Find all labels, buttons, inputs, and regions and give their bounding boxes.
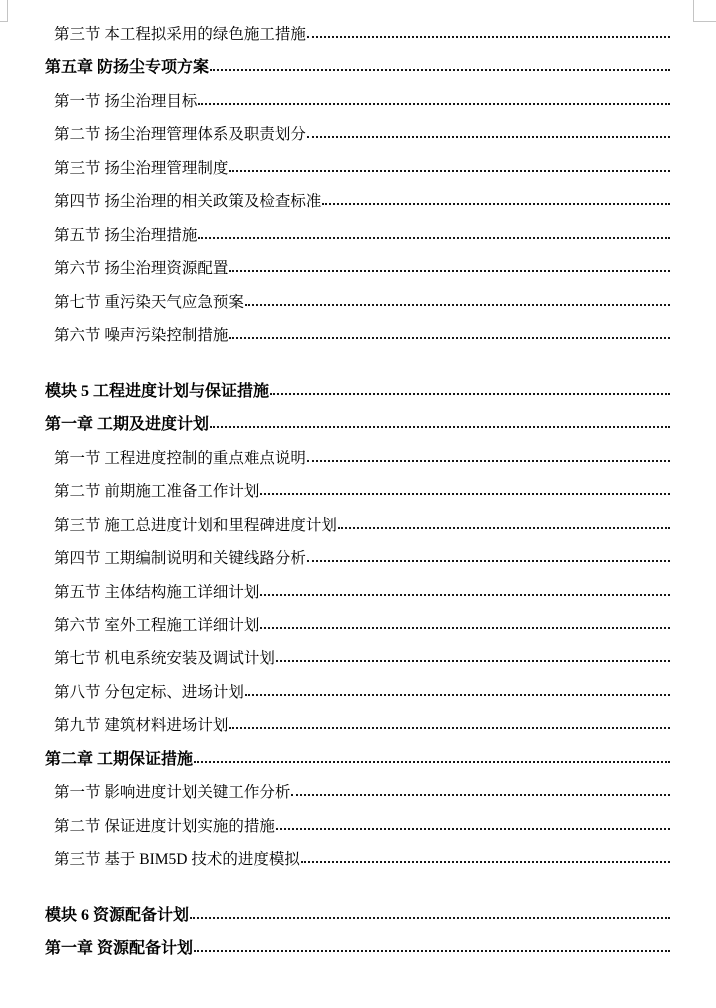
toc-entry-text: 第九节 建筑材料进场计划 xyxy=(54,709,228,742)
toc-dot-leader xyxy=(229,337,670,339)
toc-dot-leader xyxy=(276,660,670,662)
toc-entry-text: 第三节 施工总进度计划和里程碑进度计划 xyxy=(54,509,337,542)
toc-entry-4[interactable]: 第三节 扬尘治理管理制度 xyxy=(0,152,716,185)
toc-entry-text: 第五节 主体结构施工详细计划 xyxy=(54,576,259,609)
toc-entry-text: 第一节 扬尘治理目标 xyxy=(54,85,197,118)
toc-dot-leader xyxy=(190,917,670,919)
toc-dot-leader xyxy=(245,694,670,696)
toc-entry-17[interactable]: 第五节 主体结构施工详细计划 xyxy=(0,576,716,609)
toc-entry-text: 第七节 重污染天气应急预案 xyxy=(54,286,244,319)
toc-paragraph-spacer xyxy=(0,352,716,375)
toc-entry-12[interactable]: 第一章 工期及进度计划 xyxy=(0,408,716,441)
toc-dot-leader xyxy=(307,36,670,38)
toc-entry-text: 第六节 室外工程施工详细计划 xyxy=(54,609,259,642)
toc-entry-7[interactable]: 第六节 扬尘治理资源配置 xyxy=(0,252,716,285)
toc-dot-leader xyxy=(260,594,670,596)
toc-entry-text: 第五章 防扬尘专项方案 xyxy=(45,51,209,84)
toc-entry-19[interactable]: 第七节 机电系统安装及调试计划 xyxy=(0,642,716,675)
document-page: 第三节 本工程拟采用的绿色施工措施 第五章 防扬尘专项方案 第一节 扬尘治理目标… xyxy=(0,0,716,1008)
toc-dot-leader xyxy=(301,861,670,863)
toc-entry-6[interactable]: 第五节 扬尘治理措施 xyxy=(0,219,716,252)
toc-entry-2[interactable]: 第一节 扬尘治理目标 xyxy=(0,85,716,118)
toc-dot-leader xyxy=(229,270,670,272)
toc-dot-leader xyxy=(210,69,670,71)
toc-entry-text: 第二节 扬尘治理管理体系及职责划分 xyxy=(54,118,306,151)
toc-entry-text: 模块 6 资源配备计划 xyxy=(45,899,189,932)
toc-entry-24[interactable]: 第二节 保证进度计划实施的措施 xyxy=(0,810,716,843)
toc-dot-leader xyxy=(307,136,670,138)
toc-entry-text: 第五节 扬尘治理措施 xyxy=(54,219,197,252)
toc-entry-text: 第七节 机电系统安装及调试计划 xyxy=(54,642,275,675)
toc-entry-1[interactable]: 第五章 防扬尘专项方案 xyxy=(0,51,716,84)
toc-entry-text: 第一章 资源配备计划 xyxy=(45,932,193,965)
toc-entry-8[interactable]: 第七节 重污染天气应急预案 xyxy=(0,286,716,319)
toc-dot-leader xyxy=(307,560,670,562)
toc-dot-leader xyxy=(210,426,670,428)
toc-entry-text: 第一章 工期及进度计划 xyxy=(45,408,209,441)
toc-dot-leader xyxy=(229,170,670,172)
toc-entry-21[interactable]: 第九节 建筑材料进场计划 xyxy=(0,709,716,742)
toc-entry-5[interactable]: 第四节 扬尘治理的相关政策及检查标准 xyxy=(0,185,716,218)
toc-entry-text: 第一节 影响进度计划关键工作分析 xyxy=(54,776,290,809)
toc-entry-23[interactable]: 第一节 影响进度计划关键工作分析 xyxy=(0,776,716,809)
toc-entry-text: 第三节 基于 BIM5D 技术的进度模拟 xyxy=(54,843,300,876)
toc-list: 第三节 本工程拟采用的绿色施工措施 第五章 防扬尘专项方案 第一节 扬尘治理目标… xyxy=(0,18,716,966)
toc-dot-leader xyxy=(270,393,670,395)
toc-dot-leader xyxy=(198,103,670,105)
toc-dot-leader xyxy=(338,527,670,529)
toc-dot-leader xyxy=(229,727,670,729)
toc-entry-13[interactable]: 第一节 工程进度控制的重点难点说明 xyxy=(0,442,716,475)
toc-entry-16[interactable]: 第四节 工期编制说明和关键线路分析 xyxy=(0,542,716,575)
toc-entry-text: 第八节 分包定标、进场计划 xyxy=(54,676,244,709)
toc-entry-14[interactable]: 第二节 前期施工准备工作计划 xyxy=(0,475,716,508)
toc-entry-text: 第二节 保证进度计划实施的措施 xyxy=(54,810,275,843)
toc-dot-leader xyxy=(291,794,670,796)
toc-dot-leader xyxy=(322,203,670,205)
toc-entry-9[interactable]: 第六节 噪声污染控制措施 xyxy=(0,319,716,352)
toc-dot-leader xyxy=(260,493,670,495)
toc-entry-18[interactable]: 第六节 室外工程施工详细计划 xyxy=(0,609,716,642)
toc-entry-text: 第六节 噪声污染控制措施 xyxy=(54,319,228,352)
toc-entry-0[interactable]: 第三节 本工程拟采用的绿色施工措施 xyxy=(0,18,716,51)
toc-entry-15[interactable]: 第三节 施工总进度计划和里程碑进度计划 xyxy=(0,509,716,542)
toc-entry-27[interactable]: 模块 6 资源配备计划 xyxy=(0,899,716,932)
toc-entry-text: 第二节 前期施工准备工作计划 xyxy=(54,475,259,508)
toc-entry-20[interactable]: 第八节 分包定标、进场计划 xyxy=(0,676,716,709)
toc-dot-leader xyxy=(276,828,670,830)
toc-entry-text: 第二章 工期保证措施 xyxy=(45,743,193,776)
toc-entry-text: 模块 5 工程进度计划与保证措施 xyxy=(45,375,269,408)
toc-dot-leader xyxy=(198,237,670,239)
toc-dot-leader xyxy=(260,627,670,629)
toc-entry-text: 第六节 扬尘治理资源配置 xyxy=(54,252,228,285)
toc-paragraph-spacer xyxy=(0,876,716,899)
toc-entry-3[interactable]: 第二节 扬尘治理管理体系及职责划分 xyxy=(0,118,716,151)
toc-dot-leader xyxy=(194,761,670,763)
toc-dot-leader xyxy=(245,304,670,306)
toc-entry-25[interactable]: 第三节 基于 BIM5D 技术的进度模拟 xyxy=(0,843,716,876)
toc-dot-leader xyxy=(194,950,670,952)
toc-entry-11[interactable]: 模块 5 工程进度计划与保证措施 xyxy=(0,375,716,408)
toc-entry-text: 第四节 工期编制说明和关键线路分析 xyxy=(54,542,306,575)
toc-entry-text: 第一节 工程进度控制的重点难点说明 xyxy=(54,442,306,475)
toc-entry-text: 第三节 扬尘治理管理制度 xyxy=(54,152,228,185)
toc-entry-text: 第三节 本工程拟采用的绿色施工措施 xyxy=(54,18,306,51)
toc-dot-leader xyxy=(307,460,670,462)
toc-entry-28[interactable]: 第一章 资源配备计划 xyxy=(0,932,716,965)
toc-entry-text: 第四节 扬尘治理的相关政策及检查标准 xyxy=(54,185,321,218)
toc-entry-22[interactable]: 第二章 工期保证措施 xyxy=(0,743,716,776)
